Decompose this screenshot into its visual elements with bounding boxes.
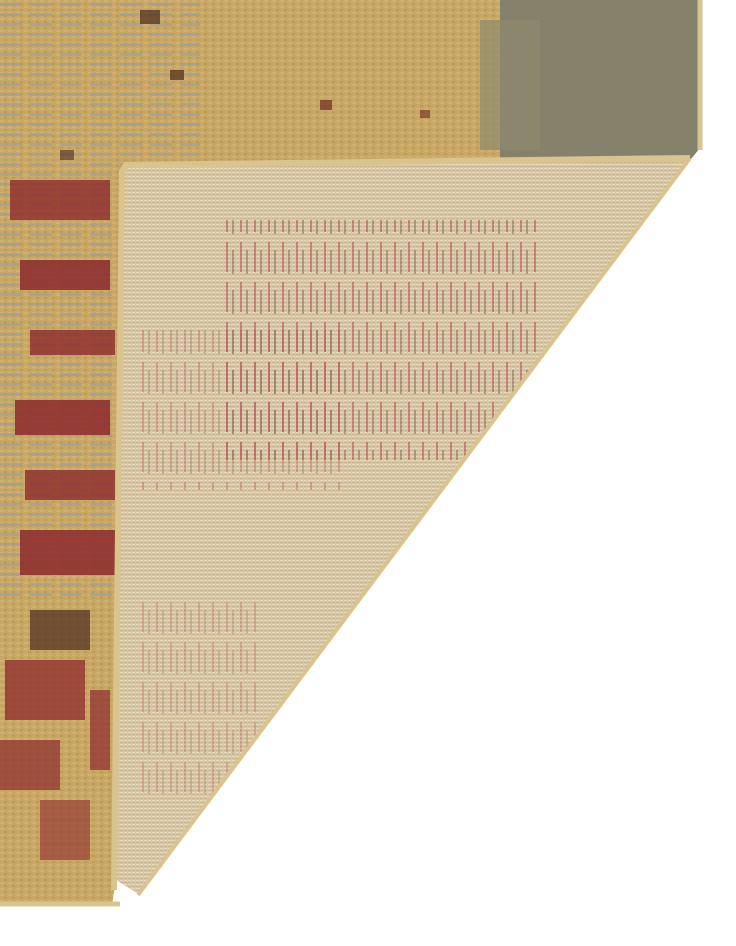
- rug-illustration: [0, 0, 736, 946]
- rug-photo: Product photo of an area rug with its bo…: [0, 0, 736, 946]
